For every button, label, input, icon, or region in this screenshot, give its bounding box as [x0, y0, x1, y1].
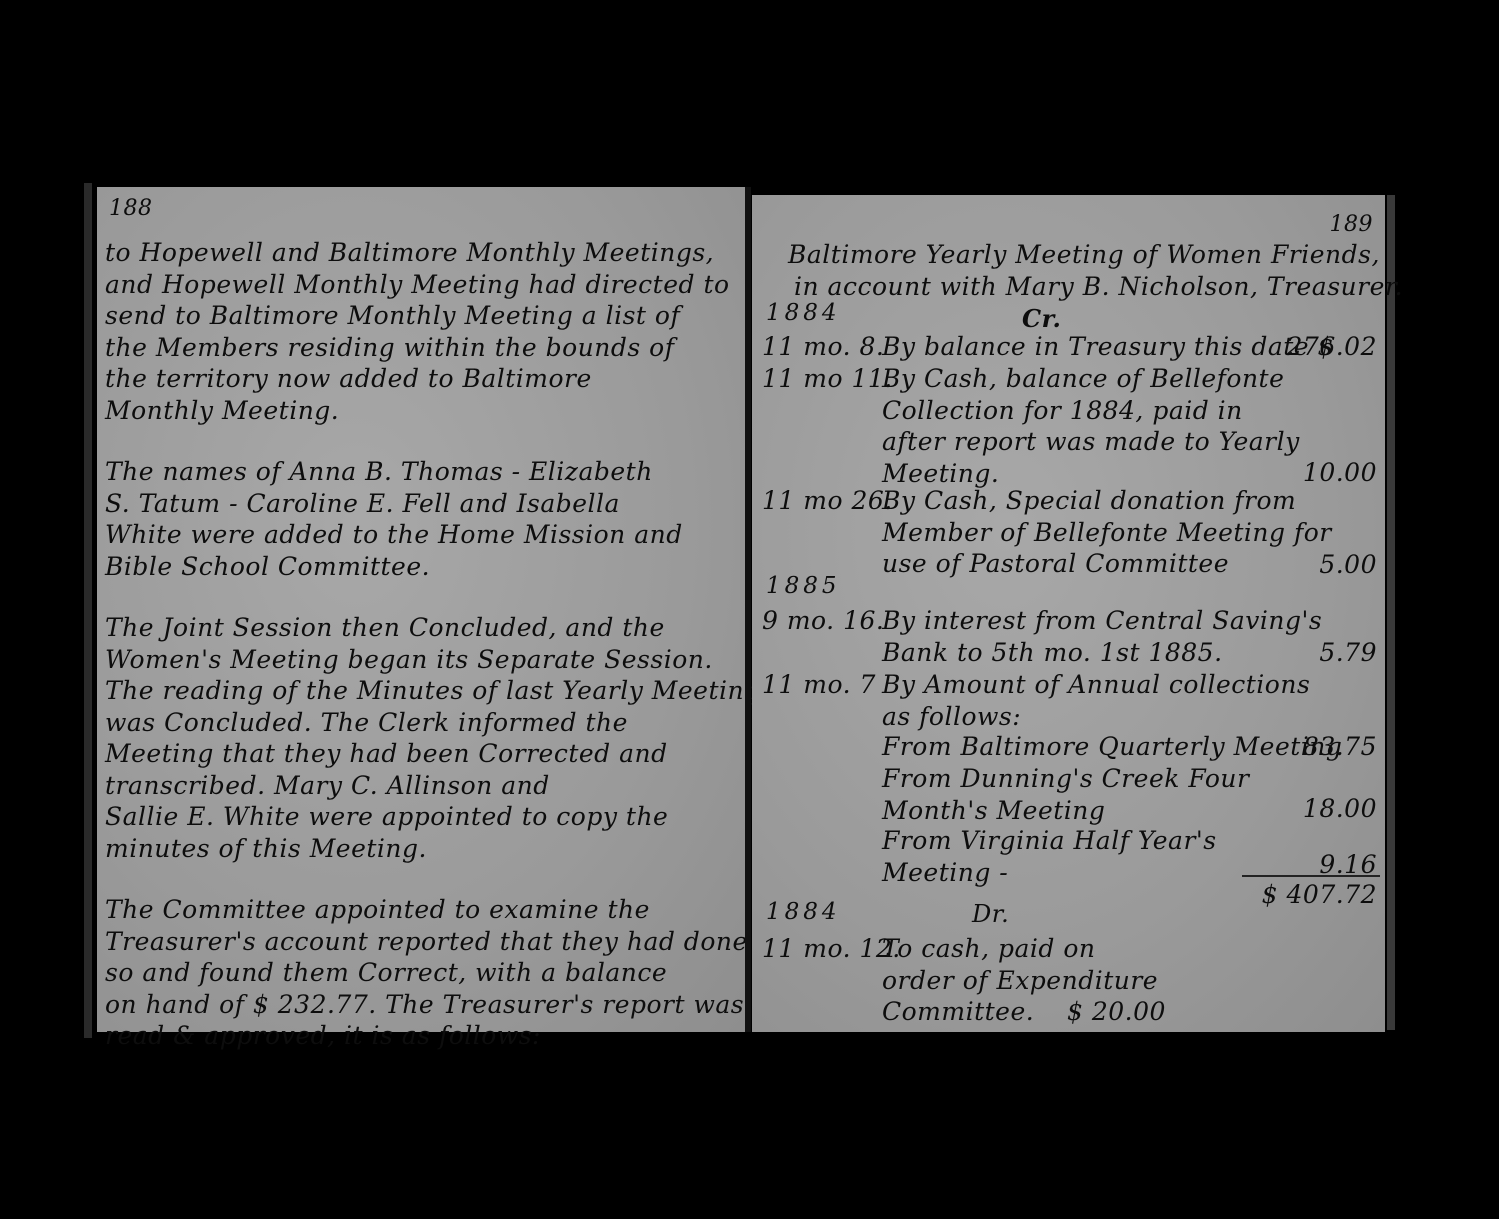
book-cover-edge-left — [84, 183, 92, 1038]
entry-description: By balance in Treasury this date $ — [882, 331, 1282, 363]
text-line: was Concluded. The Clerk informed the — [105, 707, 735, 739]
total-rule — [1242, 875, 1380, 877]
credit-heading: Cr. — [1022, 303, 1061, 335]
text-line: minutes of this Meeting. — [105, 833, 735, 865]
description-line: after report was made to Yearly — [882, 426, 1282, 458]
entry-date: 11 mo 11. — [762, 363, 872, 395]
description-line: order of Expenditure — [882, 965, 1282, 997]
text-line: to Hopewell and Baltimore Monthly Meetin… — [105, 237, 735, 269]
title-line: Baltimore Yearly Meeting of Women Friend… — [788, 239, 1378, 271]
left-page: 188 to Hopewell and Baltimore Monthly Me… — [97, 187, 747, 1032]
description-line: By balance in Treasury this date $ — [882, 331, 1282, 363]
text-line: so and found them Correct, with a balanc… — [105, 957, 735, 989]
book-cover-edge-right — [1387, 195, 1395, 1030]
entry-date: 9 mo. 16. — [762, 605, 872, 637]
text-line: The Joint Session then Concluded, and th… — [105, 612, 735, 644]
minutes-text: to Hopewell and Baltimore Monthly Meetin… — [105, 237, 735, 1082]
paragraph-joint-session: The Joint Session then Concluded, and th… — [105, 612, 735, 864]
text-line: the Members residing within the bounds o… — [105, 332, 735, 364]
page-number: 189 — [1330, 209, 1374, 241]
entry-description: By Cash, balance of Bellefonte Collectio… — [882, 363, 1282, 489]
text-line: send to Baltimore Monthly Meeting a list… — [105, 300, 735, 332]
description-line: By interest from Central Saving's — [882, 605, 1282, 637]
entry-date: 11 mo. 8. — [762, 331, 872, 363]
paragraph-treasurer-report: The Committee appointed to examine the T… — [105, 894, 735, 1052]
text-line: and Hopewell Monthly Meeting had directe… — [105, 269, 735, 301]
collection-description: From Dunning's Creek Four Month's Meetin… — [882, 763, 1282, 826]
entry-amount: 10.00 — [1257, 457, 1377, 489]
text-line: Treasurer's account reported that they h… — [105, 926, 735, 958]
text-line: Bible School Committee. — [105, 551, 735, 583]
entry-amount: 276.02 — [1257, 331, 1377, 363]
text-line: The names of Anna B. Thomas - Elizabeth — [105, 456, 735, 488]
entry-amount: 5.00 — [1257, 549, 1377, 581]
right-page: 189 Baltimore Yearly Meeting of Women Fr… — [752, 195, 1385, 1032]
total-amount: $ 407.72 — [1217, 879, 1377, 911]
text-line: Monthly Meeting. — [105, 395, 735, 427]
text-line: the territory now added to Baltimore — [105, 363, 735, 395]
text-line: transcribed. Mary C. Allinson and — [105, 770, 735, 802]
description-line: By Cash, balance of Bellefonte — [882, 363, 1282, 395]
description-line: as follows: — [882, 701, 1282, 733]
description-line: Bank to 5th mo. 1st 1885. — [882, 637, 1282, 669]
text-line: on hand of $ 232.77. The Treasurer's rep… — [105, 989, 735, 1021]
text-line: Women's Meeting began its Separate Sessi… — [105, 644, 735, 676]
description-line: From Virginia Half Year's — [882, 825, 1282, 857]
entry-date: 11 mo. 7 — [762, 669, 872, 701]
text-line: White were added to the Home Mission and — [105, 519, 735, 551]
debit-heading: Dr. — [972, 899, 1009, 931]
description-line: From Baltimore Quarterly Meeting — [882, 731, 1282, 763]
collection-amount: 83.75 — [1257, 731, 1377, 763]
entry-description: By Cash, Special donation from Member of… — [882, 485, 1282, 580]
text-line: The Committee appointed to examine the — [105, 894, 735, 926]
paragraph-committee-names: The names of Anna B. Thomas - Elizabeth … — [105, 456, 735, 582]
text-line: The reading of the Minutes of last Yearl… — [105, 675, 735, 707]
collection-amount: 18.00 — [1257, 793, 1377, 825]
description-line: From Dunning's Creek Four — [882, 763, 1282, 795]
title-line: in account with Mary B. Nicholson, Treas… — [788, 271, 1378, 303]
book-gutter — [745, 187, 751, 1032]
collection-description: From Baltimore Quarterly Meeting — [882, 731, 1282, 763]
year-label: 1884 — [766, 897, 841, 929]
page-number: 188 — [109, 193, 153, 225]
description-line: Collection for 1884, paid in — [882, 395, 1282, 427]
entry-description: By interest from Central Saving's Bank t… — [882, 605, 1282, 668]
entry-date: 11 mo. 12. — [762, 933, 872, 965]
text-line: S. Tatum - Caroline E. Fell and Isabella — [105, 488, 735, 520]
paragraph-territory: to Hopewell and Baltimore Monthly Meetin… — [105, 237, 735, 426]
year-label: 1885 — [766, 571, 841, 603]
description-line: Month's Meeting — [882, 795, 1282, 827]
account-title: Baltimore Yearly Meeting of Women Friend… — [788, 239, 1378, 302]
entry-amount: $ 20.00 — [1067, 996, 1207, 1028]
year-label: 1884 — [766, 298, 841, 330]
text-line: read & approved, it is as follows: — [105, 1020, 735, 1052]
description-line: use of Pastoral Committee — [882, 548, 1282, 580]
entry-date: 11 mo 26. — [762, 485, 872, 517]
description-line: By Cash, Special donation from — [882, 485, 1282, 517]
entry-description: By Amount of Annual collections as follo… — [882, 669, 1282, 732]
text-line: Sallie E. White were appointed to copy t… — [105, 801, 735, 833]
entry-amount: 5.79 — [1257, 637, 1377, 669]
description-line: Member of Bellefonte Meeting for — [882, 517, 1282, 549]
description-line: To cash, paid on — [882, 933, 1282, 965]
description-line: By Amount of Annual collections — [882, 669, 1282, 701]
text-line: Meeting that they had been Corrected and — [105, 738, 735, 770]
